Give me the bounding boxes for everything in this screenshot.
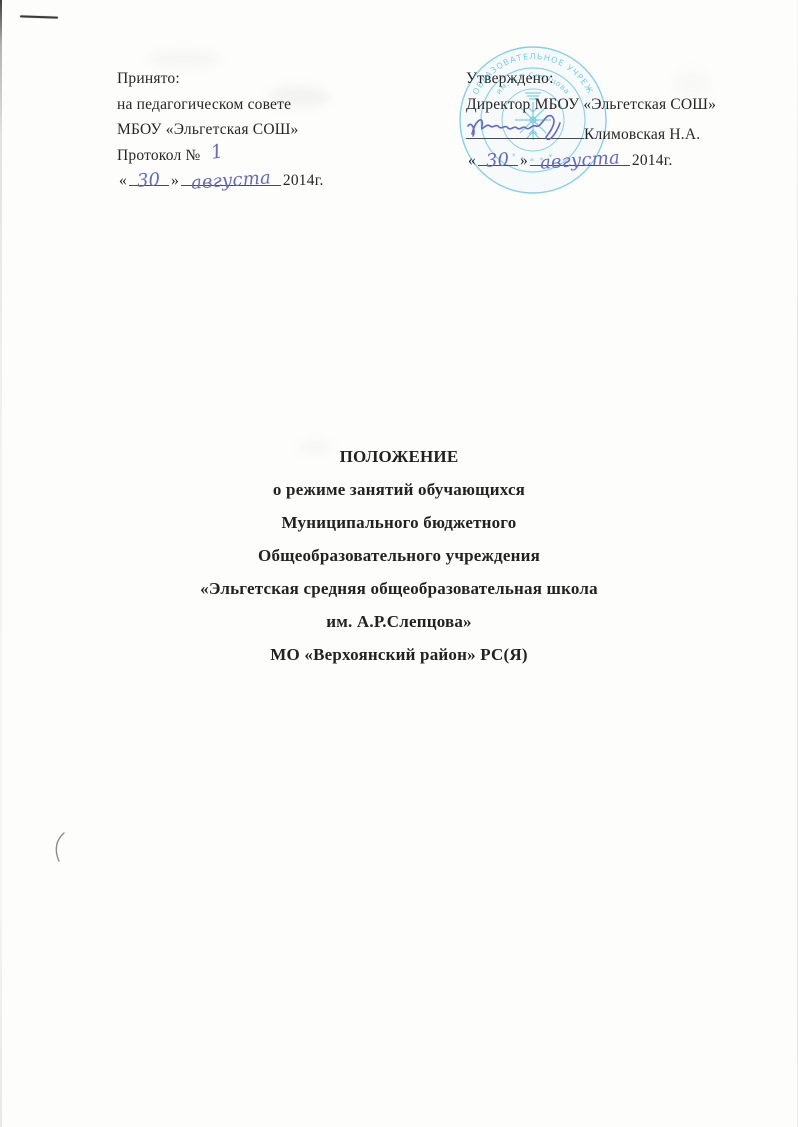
signature-blank — [466, 118, 584, 139]
date-day-blank: 30 — [129, 168, 169, 186]
approved-date-line: «30»августа2014г. — [466, 148, 716, 174]
title-line-district: МО «Верхоянский район» РС(Я) — [0, 638, 798, 671]
title-line-named-after: им. А.Р.Слепцова» — [0, 605, 798, 638]
accepted-line-1: Принято: — [117, 66, 324, 92]
date-year: 2014г. — [283, 172, 324, 189]
protocol-number-handwritten: 1 — [209, 142, 224, 163]
accepted-block: Принято: на педагогическом совете МБОУ «… — [117, 66, 324, 194]
pen-mark-dash — [20, 15, 58, 18]
accepted-line-3: МБОУ «Эльгетская СОШ» — [117, 117, 324, 143]
quote-open: « — [468, 152, 476, 169]
date-month-blank: августа — [181, 168, 281, 186]
pen-mark-paren — [50, 830, 70, 864]
approved-block: Утверждено: Директор МБОУ «Эльгетская СО… — [466, 66, 716, 174]
protocol-line: Протокол №1 — [117, 143, 324, 169]
quote-close: » — [171, 172, 179, 189]
director-signature — [462, 110, 574, 144]
title-line-municipal: Муниципального бюджетного — [0, 506, 798, 539]
title-line-subject: о режиме занятий обучающихся — [0, 473, 798, 506]
date-day-handwritten: 30 — [137, 171, 162, 191]
title-line-institution: Общеобразовательного учреждения — [0, 539, 798, 572]
date-day-blank: 30 — [478, 148, 518, 166]
protocol-label: Протокол № — [117, 147, 201, 164]
date-month-handwritten: августа — [539, 149, 620, 173]
date-year: 2014г. — [632, 152, 673, 169]
approved-line-1: Утверждено: — [466, 66, 716, 92]
signature-name: Климовская Н.А. — [584, 126, 700, 143]
quote-open: « — [119, 172, 127, 189]
date-day-handwritten: 30 — [486, 151, 511, 171]
title-line-polozhenie: ПОЛОЖЕНИЕ — [0, 440, 798, 473]
quote-close: » — [520, 152, 528, 169]
signature-line: Климовская Н.А. — [466, 118, 716, 148]
accepted-date-line: «30»августа2014г. — [117, 168, 324, 194]
date-month-blank: августа — [530, 148, 630, 166]
date-month-handwritten: августа — [190, 169, 271, 193]
accepted-line-2: на педагогическом совете — [117, 92, 324, 118]
title-block: ПОЛОЖЕНИЕ о режиме занятий обучающихся М… — [0, 440, 798, 671]
document-page: ОБРАЗОВАТЕЛЬНОЕ УЧРЕЖ им. А.Р.Слепцова *… — [0, 0, 798, 1127]
title-line-school-name: «Эльгетская средняя общеобразовательная … — [0, 572, 798, 605]
